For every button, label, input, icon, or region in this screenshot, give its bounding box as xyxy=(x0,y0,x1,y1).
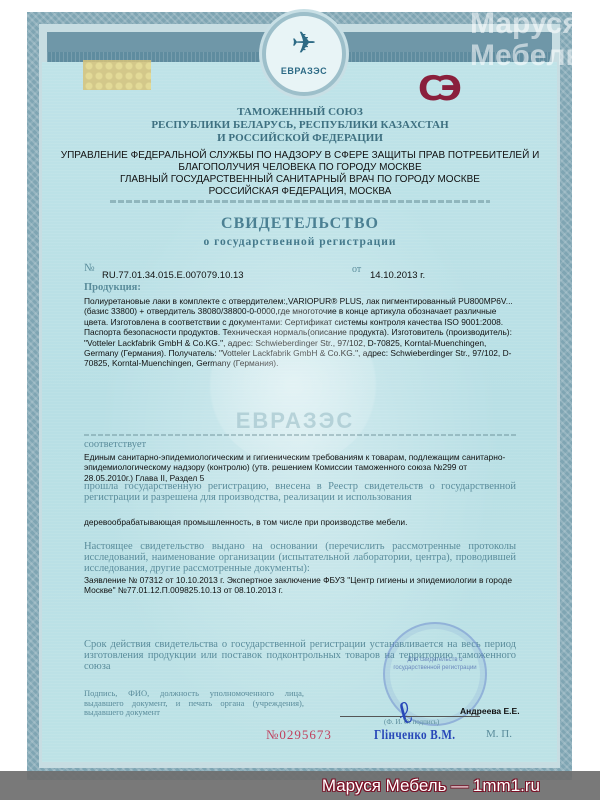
watermark-label: ЕВРАЗЭС xyxy=(220,408,370,434)
registration-statement: прошла государственную регистрацию, внес… xyxy=(84,481,516,503)
conformity-label: соответствует xyxy=(84,439,146,450)
authority-line-3: ГЛАВНЫЙ ГОСУДАРСТВЕННЫЙ САНИТАРНЫЙ ВРАЧ … xyxy=(60,174,540,186)
basis-statement: Настоящее свидетельство выдано на основа… xyxy=(84,541,516,574)
conformity-text: Единым санитарно-эпидемиологическим и ги… xyxy=(84,452,514,483)
usage-text: деревообрабатывающая промышленность, в т… xyxy=(84,517,514,527)
number-label: № xyxy=(84,262,95,274)
certificate-number: RU.77.01.34.015.E.007079.10.13 xyxy=(102,270,244,281)
mp-label: М. П. xyxy=(486,728,512,740)
emblem-label: ЕВРАЗЭС xyxy=(266,66,342,76)
certificate-subtitle: о государственной регистрации xyxy=(60,236,540,248)
signer-name: Андреева Е.Е. xyxy=(460,706,520,716)
signature-label: Подпись, ФИО, должность уполномоченного … xyxy=(84,689,304,718)
hologram-sticker xyxy=(83,60,151,90)
site-watermark: МарусяМебель xyxy=(470,8,600,78)
fine-print-line xyxy=(110,200,490,203)
fine-print-line xyxy=(84,434,516,436)
union-line-3: И РОССИЙСКОЙ ФЕДЕРАЦИИ xyxy=(60,132,540,144)
certificate-date: 14.10.2013 г. xyxy=(370,270,425,281)
eurasec-watermark-seal xyxy=(208,305,378,465)
authority-line-1: УПРАВЛЕНИЕ ФЕДЕРАЛЬНОЙ СЛУЖБЫ ПО НАДЗОРУ… xyxy=(60,150,540,162)
basis-text: Заявление № 07312 от 10.10.2013 г. Экспе… xyxy=(84,575,514,596)
union-line-2: РЕСПУБЛИКИ БЕЛАРУСЬ, РЕСПУБЛИКИ КАЗАХСТА… xyxy=(60,119,540,131)
conformity-mark-icon: СЭ xyxy=(418,72,470,106)
date-label: от xyxy=(352,264,361,275)
certificate-title: СВИДЕТЕЛЬСТВО xyxy=(60,215,540,233)
eurasec-emblem: ✈ ЕВРАЗЭС xyxy=(262,12,346,96)
authority-line-4: РОССИЙСКАЯ ФЕДЕРАЦИЯ, МОСКВА xyxy=(60,186,540,198)
fio-label: (Ф. И. О. подпись) xyxy=(384,718,439,726)
stamp-text: Для свидетельств о государственной регис… xyxy=(385,656,485,672)
authority-line-2: БЛАГОПОЛУЧИЯ ЧЕЛОВЕКА ПО ГОРОДУ МОСКВЕ xyxy=(60,162,540,174)
site-caption: Маруся Мебель — 1mm1.ru xyxy=(322,771,540,800)
eurasec-bird-icon: ✈ xyxy=(282,26,326,62)
union-title: ТАМОЖЕННЫЙ СОЮЗ xyxy=(60,106,540,118)
stamp-name: Гliнченко В.М. xyxy=(374,728,456,744)
product-label: Продукция: xyxy=(84,282,141,293)
serial-number: №0295673 xyxy=(266,727,332,743)
